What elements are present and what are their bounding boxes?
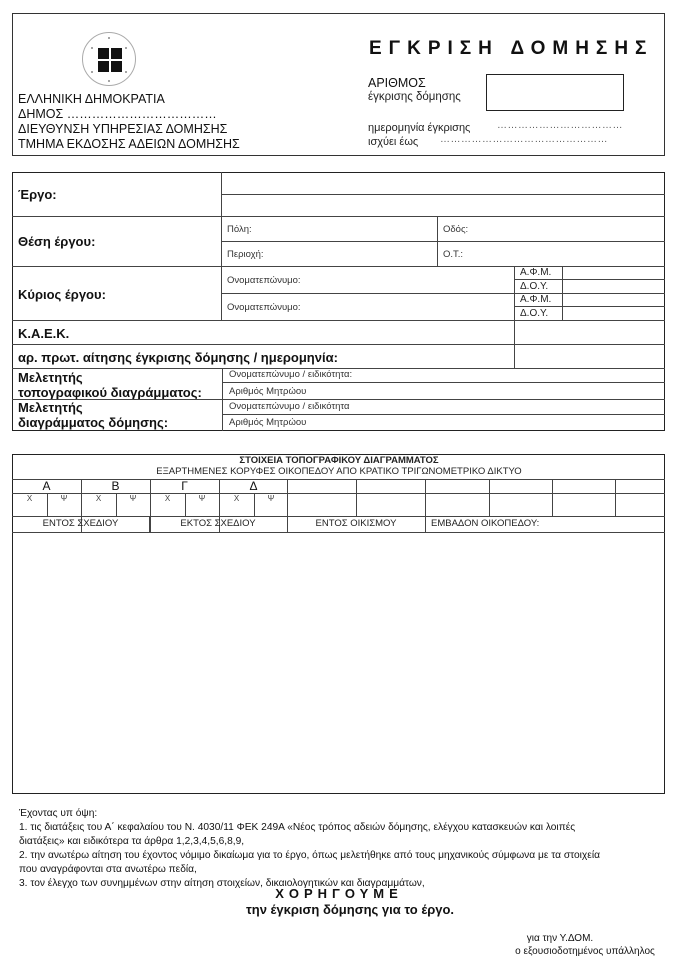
divider (221, 241, 665, 242)
y-coordinate-field[interactable] (186, 502, 219, 515)
considering-intro: Έχοντας υπ όψη: (19, 807, 97, 822)
project-name-line-2[interactable] (222, 195, 664, 216)
kaek-label: Κ.Α.Ε.Κ. (18, 326, 69, 341)
org-line-4: ΤΜΗΜΑ ΕΚΔΟΣΗΣ ΑΔΕΙΩΝ ΔΟΜΗΣΗΣ (18, 136, 240, 152)
coordinate-cell[interactable] (490, 480, 551, 515)
y-coordinate-field[interactable] (117, 502, 150, 515)
owner-2-name-field[interactable] (310, 295, 514, 319)
approval-date-label: ημερομηνία έγκρισης (368, 122, 470, 134)
considering-item-2a: 2. την ανωτέρω αίτηση του έχοντος νόμιμο… (19, 849, 600, 864)
location-label: Θέση έργου: (18, 234, 95, 249)
approval-number-label: ΑΡΙΘΜΟΣ (368, 76, 426, 90)
protocol-label: αρ. πρωτ. αίτησης έγκρισης δόμησης / ημε… (18, 350, 338, 365)
owner-label: Κύριος έργου: (18, 287, 106, 302)
protocol-field[interactable] (515, 345, 664, 367)
street-label: Οδός: (443, 224, 468, 235)
city-label: Πόλη: (227, 224, 252, 235)
kaek-field[interactable] (515, 321, 664, 343)
vertex-label: Α (12, 479, 81, 493)
valid-until-label: ισχύει έως (368, 136, 418, 148)
x-coordinate-field[interactable] (220, 502, 253, 515)
zone-option[interactable]: ΕΝΤΟΣ ΣΧΕΔΙΟΥ (12, 518, 149, 529)
topo-name-field[interactable] (360, 369, 664, 381)
considering-item-1a: 1. τις διατάξεις του Α΄ κεφαλαίου του Ν.… (19, 821, 575, 836)
y-coordinate-field[interactable] (48, 502, 81, 515)
approval-number-field[interactable] (486, 74, 624, 111)
owner-1-name-field[interactable] (310, 268, 514, 292)
y-coordinate-field[interactable] (255, 502, 288, 515)
x-coordinate-field[interactable] (82, 502, 115, 515)
grant-heading: ΧΟΡΗΓΟΥΜΕ (0, 886, 678, 901)
org-line-3: ΔΙΕΥΘΥΝΣΗ ΥΠΗΡΕΣΙΑΣ ΔΟΜΗΣΗΣ (18, 121, 227, 137)
owner-2-doy-label: Δ.Ο.Υ. (520, 308, 548, 319)
city-field[interactable] (260, 218, 438, 240)
approval-number-sublabel: έγκρισης δόμησης (368, 91, 461, 103)
area-label: Περιοχή: (227, 249, 264, 260)
considering-item-2b: που αναγράφονται στα ανωτέρω πεδία, (19, 863, 197, 878)
zone-option[interactable]: ΕΚΤΟΣ ΣΧΕΔΙΟΥ (149, 518, 287, 529)
vertex-label: Γ (150, 479, 219, 493)
org-line-1: ΕΛΛΗΝΙΚΗ ΔΗΜΟΚΡΑΤΙΑ (18, 91, 165, 107)
building-name-label: Ονοματεπώνυμο / ειδικότητα (229, 401, 350, 412)
topo-engineer-label-2: τοπογραφικού διαγράμματος: (18, 385, 202, 400)
project-name-line-1[interactable] (222, 173, 664, 194)
owner-2-doy-field[interactable] (563, 307, 664, 319)
coordinate-cell[interactable] (357, 480, 424, 515)
street-field[interactable] (475, 218, 663, 240)
owner-2-afm-label: Α.Φ.Μ. (520, 294, 551, 305)
x-coordinate-field[interactable] (151, 502, 184, 515)
owner-1-doy-field[interactable] (563, 280, 664, 292)
topographic-drawing-area[interactable] (13, 533, 664, 792)
topo-title-1: ΣΤΟΙΧΕΙΑ ΤΟΠΟΓΡΑΦΙΚΟΥ ΔΙΑΓΡΑΜΜΑΤΟΣ (0, 455, 678, 466)
topo-name-label: Ονοματεπώνυμο / ειδικότητα: (229, 369, 352, 380)
x-coordinate-field[interactable] (13, 502, 46, 515)
considering-item-1b: διατάξεις» και ειδικότερα τα άρθρα 1,2,3… (19, 835, 244, 850)
signature-line-1: για την Υ.ΔΟΜ. (480, 933, 640, 944)
owner-1-name-label: Ονοματεπώνυμο: (227, 275, 301, 286)
org-line-municipality: ΔΗΜΟΣ ……………………………… (18, 106, 217, 122)
project-label: Έργο: (18, 187, 57, 202)
approval-date-field[interactable]: ……………………………… (497, 120, 623, 131)
greek-coat-of-arms-icon (82, 32, 136, 86)
owner-2-name-label: Ονοματεπώνυμο: (227, 302, 301, 313)
building-engineer-label-1: Μελετητής (18, 400, 83, 415)
valid-until-field[interactable]: ………………………………………… (440, 134, 608, 145)
ot-field[interactable] (470, 243, 663, 265)
topo-reg-field[interactable] (320, 383, 664, 399)
divider (425, 516, 426, 532)
owner-1-doy-label: Δ.Ο.Υ. (520, 281, 548, 292)
grant-subheading: την έγκριση δόμησης για το έργο. (0, 902, 678, 917)
ot-label: Ο.Τ.: (443, 249, 463, 260)
signature-line-2: ο εξουσιοδοτημένος υπάλληλος (490, 946, 678, 957)
building-engineer-label-2: διαγράμματος δόμησης: (18, 415, 168, 430)
divider (12, 216, 665, 217)
building-name-field[interactable] (360, 400, 664, 413)
topo-reg-label: Αριθμός Μητρώου (229, 386, 306, 397)
area-field[interactable] (275, 243, 435, 265)
topo-engineer-label-1: Μελετητής (18, 370, 83, 385)
building-reg-field[interactable] (320, 415, 664, 430)
owner-1-afm-label: Α.Φ.Μ. (520, 267, 551, 278)
coordinate-cell[interactable] (553, 480, 614, 515)
coordinate-cell[interactable] (616, 480, 663, 515)
vertex-label: Β (81, 479, 150, 493)
coordinate-cell[interactable] (288, 480, 355, 515)
coordinate-cell[interactable] (426, 480, 488, 515)
page-title: ΕΓΚΡΙΣΗ ΔΟΜΗΣΗΣ (369, 38, 653, 60)
zone-option[interactable]: ΕΝΤΟΣ ΟΙΚΙΣΜΟΥ (287, 518, 425, 529)
topo-title-2: ΕΞΑΡΤΗΜΕΝΕΣ ΚΟΡΥΦΕΣ ΟΙΚΟΠΕΔΟΥ ΑΠΟ ΚΡΑΤΙΚ… (0, 466, 678, 477)
vertex-label: Δ (219, 479, 288, 493)
plot-area-field[interactable] (545, 517, 663, 531)
plot-area-label: ΕΜΒΑΔΟΝ ΟΙΚΟΠΕΔΟΥ: (431, 518, 539, 529)
owner-2-afm-field[interactable] (563, 294, 664, 306)
owner-1-afm-field[interactable] (563, 267, 664, 279)
building-reg-label: Αριθμός Μητρώου (229, 417, 306, 428)
